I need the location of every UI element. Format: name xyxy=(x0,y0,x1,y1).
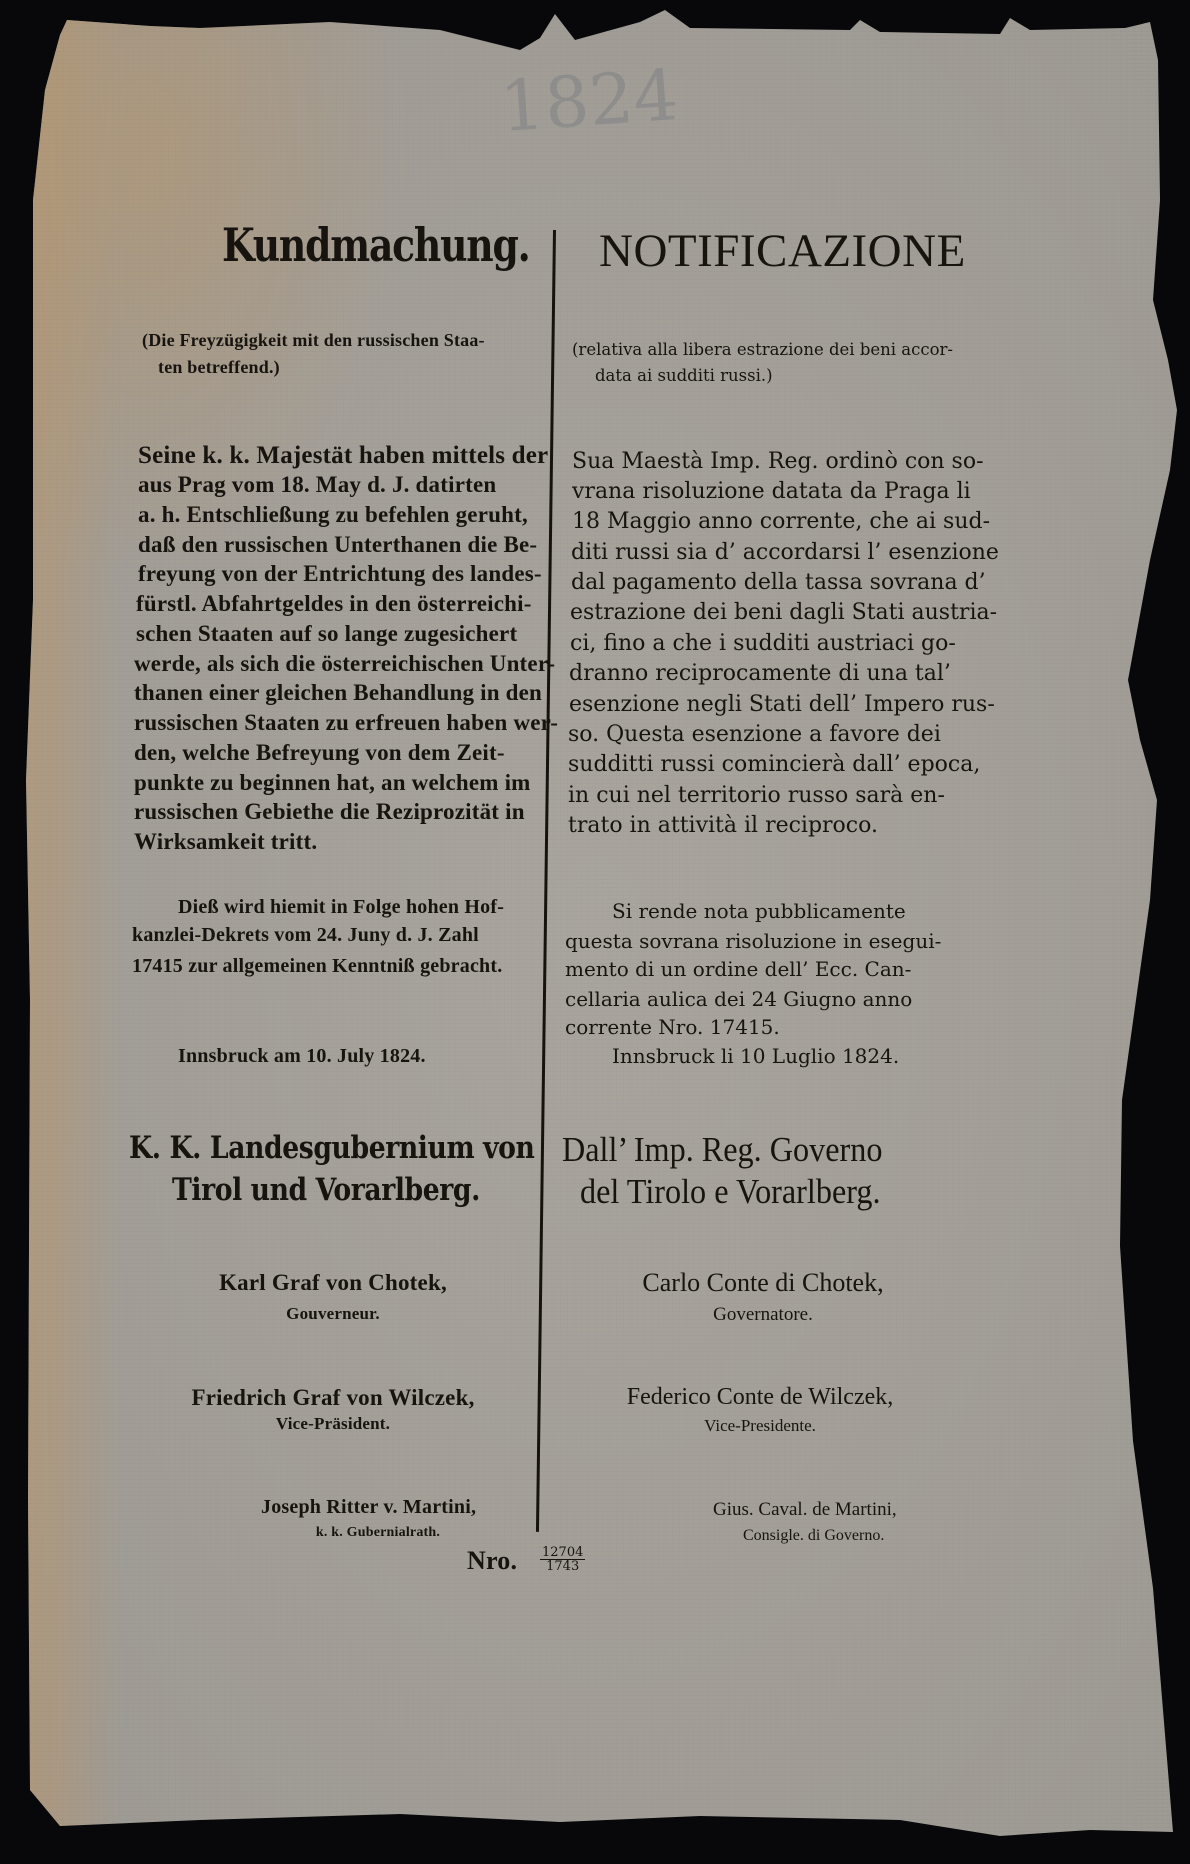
german-body-line: daß den russischen Unterthanen die Be- xyxy=(138,532,537,558)
italian-notice-line: mento di un ordine dell’ Ecc. Can- xyxy=(565,957,911,981)
reference-label: Nro. xyxy=(467,1546,517,1576)
reference-numerator: 12704 xyxy=(540,1546,585,1560)
german-notice-line: kanzlei-Dekrets vom 24. Juny d. J. Zahl xyxy=(132,924,479,947)
german-authority-line: K. K. Landesgubernium von xyxy=(129,1130,534,1166)
german-notice-line: Dieß wird hiemit in Folge hohen Hof- xyxy=(178,896,504,919)
german-body-line: russischen Staaten zu erfreuen haben wer… xyxy=(134,710,558,736)
german-body-line: thanen einer gleichen Behandlung in den xyxy=(134,680,542,706)
german-body-line: russischen Gebiethe die Reziprozität in xyxy=(134,799,525,825)
german-signatory-name: Karl Graf von Chotek, xyxy=(219,1270,447,1296)
german-body-line: aus Prag vom 18. May d. J. datirten xyxy=(138,472,496,498)
italian-title: NOTIFICAZIONE xyxy=(599,224,966,278)
italian-subtitle-line: (relativa alla libera estrazione dei ben… xyxy=(572,340,953,359)
german-body-line: punkte zu beginnen hat, an welchem im xyxy=(134,770,531,796)
italian-subtitle-line: data ai sudditi russi.) xyxy=(595,366,773,385)
italian-notice-line: corrente Nro. 17415. xyxy=(565,1015,780,1039)
italian-authority-line: Dall’ Imp. Reg. Governo xyxy=(562,1130,882,1170)
italian-authority-line: del Tirolo e Vorarlberg. xyxy=(580,1172,881,1212)
german-body-line: Seine k. k. Majestät haben mittels der xyxy=(138,442,548,470)
german-subtitle-line: (Die Freyzügigkeit mit den russischen St… xyxy=(142,330,485,351)
italian-signatory-role: Consigle. di Governo. xyxy=(743,1527,884,1545)
german-body-line: Wirksamkeit tritt. xyxy=(134,829,317,855)
italian-notice-line: cellaria aulica dei 24 Giugno anno xyxy=(565,987,912,1011)
italian-signatory-name: Federico Conte de Wilczek, xyxy=(627,1384,894,1411)
italian-body-line: dal pagamento della tassa sovrana d’ xyxy=(571,570,986,595)
italian-body-line: diti russi sia d’ accordarsi l’ esenzion… xyxy=(571,540,999,565)
german-body-line: schen Staaten auf so lange zugesichert xyxy=(136,621,517,647)
italian-place-date: Innsbruck li 10 Luglio 1824. xyxy=(612,1044,899,1068)
italian-body-line: dranno reciprocamente di una tal’ xyxy=(569,661,951,686)
german-body-line: freyung von der Entrichtung des landes- xyxy=(138,561,542,587)
german-body-line: fürstl. Abfahrtgeldes in den österreichi… xyxy=(136,591,532,617)
german-body-line: a. h. Entschließung zu befehlen geruht, xyxy=(138,502,528,528)
italian-body-line: ci, fino a che i sudditi austriaci go- xyxy=(570,631,956,656)
german-signatory-role: Gouverneur. xyxy=(286,1304,380,1324)
italian-body-line: Sua Maestà Imp. Reg. ordinò con so- xyxy=(572,449,984,474)
italian-body-line: 18 Maggio anno corrente, che ai sud- xyxy=(572,509,990,534)
italian-body-line: in cui nel territorio russo sarà en- xyxy=(568,783,945,808)
italian-notice-line: questa sovrana risoluzione in esegui- xyxy=(565,929,941,953)
german-signatory-role: k. k. Gubernialrath. xyxy=(316,1525,440,1541)
german-body-line: werde, als sich die österreichischen Unt… xyxy=(134,651,555,677)
italian-signatory-role: Governatore. xyxy=(713,1304,813,1326)
pencil-annotation: 1824 xyxy=(497,54,680,148)
italian-body-line: estrazione dei beni dagli Stati austria- xyxy=(570,600,997,625)
german-notice-line: 17415 zur allgemeinen Kenntniß gebracht. xyxy=(132,955,502,978)
german-body-line: den, welche Befreyung von dem Zeit- xyxy=(134,740,505,766)
german-subtitle-line: ten betreffend.) xyxy=(158,357,280,378)
paper-sheet: 1824 Kundmachung. (Die Freyzügigkeit mit… xyxy=(0,0,1190,1864)
italian-signatory-name: Gius. Caval. de Martini, xyxy=(713,1499,897,1521)
reference-number-fraction: 12704 1743 xyxy=(540,1546,585,1573)
italian-body-line: sudditti russi comincierà dall’ epoca, xyxy=(568,752,980,777)
german-title: Kundmachung. xyxy=(222,218,530,272)
italian-body-line: trato in attività il reciproco. xyxy=(568,813,878,838)
italian-notice-line: Si rende nota pubblicamente xyxy=(612,899,906,923)
german-signatory-name: Joseph Ritter v. Martini, xyxy=(261,1496,476,1519)
italian-signatory-name: Carlo Conte di Chotek, xyxy=(642,1268,883,1298)
column-divider xyxy=(536,230,556,1532)
german-signatory-role: Vice-Präsident. xyxy=(276,1414,390,1434)
italian-body-line: so. Questa esenzione a favore dei xyxy=(568,722,941,747)
italian-signatory-role: Vice-Presidente. xyxy=(704,1416,816,1436)
italian-body-line: esenzione negli Stati dell’ Impero rus- xyxy=(569,692,995,717)
german-signatory-name: Friedrich Graf von Wilczek, xyxy=(191,1385,474,1411)
reference-denominator: 1743 xyxy=(540,1560,585,1573)
italian-body-line: vrana risoluzione datata da Praga li xyxy=(572,479,971,504)
german-place-date: Innsbruck am 10. July 1824. xyxy=(178,1045,426,1068)
german-authority-line: Tirol und Vorarlberg. xyxy=(172,1172,480,1208)
